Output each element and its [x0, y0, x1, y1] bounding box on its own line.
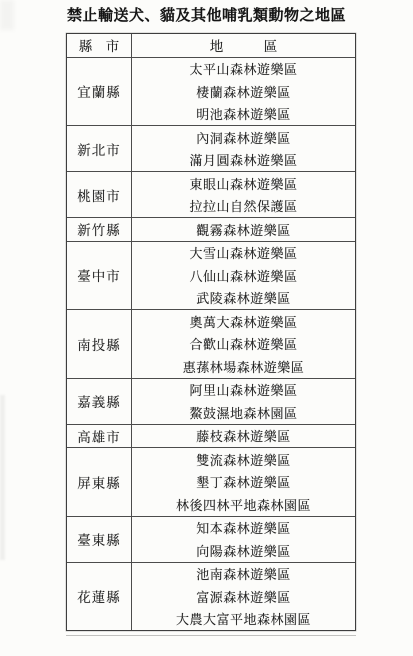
areas-cell: 知本森林遊樂區向陽森林遊樂區: [132, 517, 355, 562]
table-row: 南投縣奧萬大森林遊樂區合歡山森林遊樂區惠蓀林場森林遊樂區: [67, 310, 355, 379]
scanned-document-page: 禁止輸送犬、貓及其他哺乳類動物之地區 縣 市 地 區 宜蘭縣太平山森林遊樂區棲蘭…: [0, 0, 413, 656]
area-name: 藤枝森林遊樂區: [132, 425, 355, 448]
area-name: 武陵森林遊樂區: [132, 287, 355, 310]
area-name: 大雪山森林遊樂區: [132, 242, 355, 265]
county-cell: 屏東縣: [67, 448, 132, 516]
area-name: 八仙山森林遊樂區: [132, 264, 355, 287]
table-row: 臺中市大雪山森林遊樂區八仙山森林遊樂區武陵森林遊樂區: [67, 242, 355, 311]
area-name: 林後四林平地森林園區: [132, 493, 355, 516]
table-row: 新竹縣觀霧森林遊樂區: [67, 218, 355, 242]
table-row: 桃園市東眼山森林遊樂區拉拉山自然保護區: [67, 172, 355, 218]
scan-artifact-left-streak: [0, 395, 5, 560]
area-name: 內洞森林遊樂區: [132, 126, 355, 149]
area-name: 觀霧森林遊樂區: [132, 218, 355, 241]
table-row: 花蓮縣池南森林遊樂區富源森林遊樂區大農大富平地森林園區: [67, 563, 355, 631]
table-row: 嘉義縣阿里山森林遊樂區鰲鼓濕地森林園區: [67, 379, 355, 425]
areas-cell: 奧萬大森林遊樂區合歡山森林遊樂區惠蓀林場森林遊樂區: [132, 310, 355, 378]
area-name: 雙流森林遊樂區: [132, 448, 355, 471]
area-name: 滿月圓森林遊樂區: [132, 149, 355, 172]
area-name: 知本森林遊樂區: [132, 517, 355, 540]
county-cell: 南投縣: [67, 310, 132, 378]
areas-cell: 阿里山森林遊樂區鰲鼓濕地森林園區: [132, 379, 355, 424]
prohibited-areas-table: 縣 市 地 區 宜蘭縣太平山森林遊樂區棲蘭森林遊樂區明池森林遊樂區新北市內洞森林…: [66, 33, 356, 631]
area-name: 大農大富平地森林園區: [132, 608, 355, 631]
county-cell: 新北市: [67, 126, 132, 171]
area-name: 池南森林遊樂區: [132, 563, 355, 586]
scan-artifact-double-bottom-line: [66, 635, 356, 636]
area-name: 鰲鼓濕地森林園區: [132, 401, 355, 424]
areas-cell: 雙流森林遊樂區墾丁森林遊樂區林後四林平地森林園區: [132, 448, 355, 516]
area-name: 太平山森林遊樂區: [132, 58, 355, 81]
area-name: 墾丁森林遊樂區: [132, 471, 355, 494]
area-name: 奧萬大森林遊樂區: [132, 310, 355, 333]
area-name: 向陽森林遊樂區: [132, 539, 355, 562]
table-row: 臺東縣知本森林遊樂區向陽森林遊樂區: [67, 517, 355, 563]
county-cell: 臺中市: [67, 242, 132, 310]
area-column-header: 地 區: [132, 34, 355, 57]
areas-cell: 太平山森林遊樂區棲蘭森林遊樂區明池森林遊樂區: [132, 58, 355, 126]
county-cell: 臺東縣: [67, 517, 132, 562]
scan-artifact-corner-smudge: [0, 0, 14, 30]
county-cell: 花蓮縣: [67, 563, 132, 631]
area-name: 拉拉山自然保護區: [132, 195, 355, 218]
table-row: 高雄市藤枝森林遊樂區: [67, 425, 355, 449]
table-header-row: 縣 市 地 區: [67, 34, 355, 58]
table-body: 宜蘭縣太平山森林遊樂區棲蘭森林遊樂區明池森林遊樂區新北市內洞森林遊樂區滿月圓森林…: [67, 58, 355, 631]
table-row: 新北市內洞森林遊樂區滿月圓森林遊樂區: [67, 126, 355, 172]
area-name: 阿里山森林遊樂區: [132, 379, 355, 402]
area-name: 惠蓀林場森林遊樂區: [132, 355, 355, 378]
document-title: 禁止輸送犬、貓及其他哺乳類動物之地區: [0, 4, 413, 25]
areas-cell: 東眼山森林遊樂區拉拉山自然保護區: [132, 172, 355, 217]
areas-cell: 藤枝森林遊樂區: [132, 425, 355, 448]
county-cell: 高雄市: [67, 425, 132, 448]
county-cell: 桃園市: [67, 172, 132, 217]
county-cell: 宜蘭縣: [67, 58, 132, 126]
area-name: 富源森林遊樂區: [132, 585, 355, 608]
areas-cell: 池南森林遊樂區富源森林遊樂區大農大富平地森林園區: [132, 563, 355, 631]
areas-cell: 大雪山森林遊樂區八仙山森林遊樂區武陵森林遊樂區: [132, 242, 355, 310]
areas-cell: 觀霧森林遊樂區: [132, 218, 355, 241]
county-column-header: 縣 市: [67, 34, 132, 57]
county-cell: 嘉義縣: [67, 379, 132, 424]
county-cell: 新竹縣: [67, 218, 132, 241]
area-name: 明池森林遊樂區: [132, 103, 355, 126]
area-name: 東眼山森林遊樂區: [132, 172, 355, 195]
area-name: 合歡山森林遊樂區: [132, 333, 355, 356]
table-row: 屏東縣雙流森林遊樂區墾丁森林遊樂區林後四林平地森林園區: [67, 448, 355, 517]
areas-cell: 內洞森林遊樂區滿月圓森林遊樂區: [132, 126, 355, 171]
table-row: 宜蘭縣太平山森林遊樂區棲蘭森林遊樂區明池森林遊樂區: [67, 58, 355, 127]
area-name: 棲蘭森林遊樂區: [132, 80, 355, 103]
